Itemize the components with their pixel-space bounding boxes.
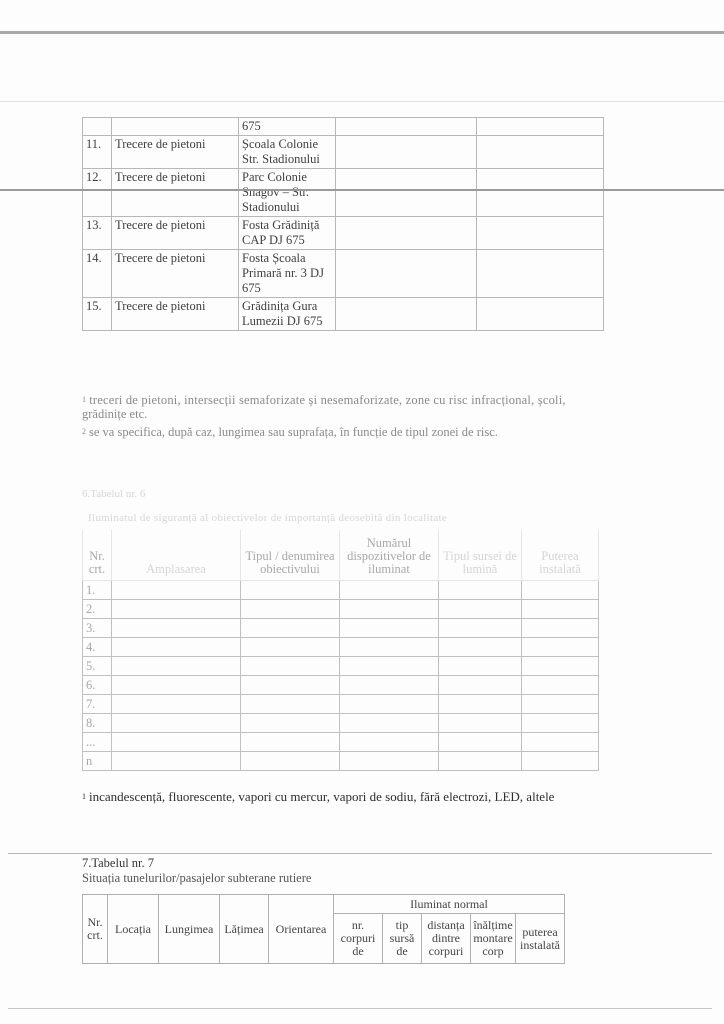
col-orientarea: Orientarea <box>269 895 334 964</box>
zone-type: Trecere de pietoni <box>112 217 239 250</box>
col-inaltime: înălțime montare corp <box>471 914 516 964</box>
table-7-subtitle: Situația tunelurilor/pasajelor subterane… <box>82 871 311 886</box>
footnote-2: 2se va specifica, după caz, lungimea sau… <box>82 425 498 439</box>
zone-location: Grădinița Gura Lumezii DJ 675 <box>239 298 336 331</box>
table-row: 12.Trecere de pietoniParc Colonie Snagov… <box>83 169 604 217</box>
table-row: 2. <box>83 600 599 619</box>
zone-type: Trecere de pietoni <box>112 298 239 331</box>
empty-cell <box>340 638 439 657</box>
scan-edge-line <box>0 31 724 34</box>
row-number <box>83 118 112 136</box>
empty-cell <box>112 638 241 657</box>
empty-cell <box>241 714 340 733</box>
empty-cell <box>522 676 599 695</box>
table-6-footnote: 1incandescență, fluorescente, vapori cu … <box>82 790 554 804</box>
row-number: 5. <box>83 657 112 676</box>
row-number: 11. <box>83 136 112 169</box>
table-row: 1. <box>83 581 599 600</box>
empty-cell <box>112 733 241 752</box>
empty-cell <box>522 581 599 600</box>
empty-cell <box>112 581 241 600</box>
col-sursa: Tipul sursei de lumină <box>439 530 522 581</box>
empty-cell <box>522 733 599 752</box>
table-row: 11.Trecere de pietoniȘcoala Colonie Str.… <box>83 136 604 169</box>
empty-cell <box>336 217 477 250</box>
row-number: 1. <box>83 581 112 600</box>
table-6-title: 6.Tabelul nr. 6 <box>82 488 145 500</box>
row-number: 13. <box>83 217 112 250</box>
empty-cell <box>241 676 340 695</box>
empty-cell <box>340 714 439 733</box>
table-row: 7. <box>83 695 599 714</box>
empty-cell <box>112 714 241 733</box>
empty-cell <box>439 714 522 733</box>
zone-location: Școala Colonie Str. Stadionului <box>239 136 336 169</box>
col-dispozitive: Numărul dispozitivelor de iluminat <box>340 530 439 581</box>
scan-artifact-line <box>0 189 724 191</box>
row-number: 7. <box>83 695 112 714</box>
empty-cell <box>340 619 439 638</box>
table-row: 14.Trecere de pietoniFosta Școala Primar… <box>83 250 604 298</box>
safety-lighting-table: Nr. crt. Amplasarea Tipul / denumirea ob… <box>82 530 599 771</box>
empty-cell <box>439 600 522 619</box>
empty-cell <box>522 600 599 619</box>
empty-cell <box>522 695 599 714</box>
empty-cell <box>439 752 522 771</box>
col-nr: Nr. crt. <box>83 895 108 964</box>
table-row: n <box>83 752 599 771</box>
empty-cell <box>340 695 439 714</box>
table-row: ... <box>83 733 599 752</box>
empty-cell <box>439 657 522 676</box>
col-puterea: puterea instalată <box>516 914 565 964</box>
col-nr: Nr. crt. <box>83 530 112 581</box>
empty-cell <box>477 298 604 331</box>
row-number: 2. <box>83 600 112 619</box>
col-locatia: Locația <box>108 895 159 964</box>
empty-cell <box>112 676 241 695</box>
empty-cell <box>477 250 604 298</box>
zone-type: Trecere de pietoni <box>112 136 239 169</box>
scan-edge-line <box>0 101 724 102</box>
row-number: ... <box>83 733 112 752</box>
empty-cell <box>241 733 340 752</box>
empty-cell <box>439 619 522 638</box>
footnote-1: 1treceri de pietoni, intersecții semafor… <box>82 393 682 407</box>
zone-type: Trecere de pietoni <box>112 169 239 217</box>
col-lungimea: Lungimea <box>159 895 220 964</box>
zone-type <box>112 118 239 136</box>
table-row: 5. <box>83 657 599 676</box>
col-obiectiv: Tipul / denumirea obiectivului <box>241 530 340 581</box>
scan-edge-line <box>8 1008 712 1009</box>
scan-edge-line <box>8 853 712 854</box>
empty-cell <box>336 136 477 169</box>
empty-cell <box>477 118 604 136</box>
empty-cell <box>522 714 599 733</box>
empty-cell <box>112 752 241 771</box>
empty-cell <box>336 118 477 136</box>
row-number: 15. <box>83 298 112 331</box>
empty-cell <box>522 752 599 771</box>
footnote-1-continued: grădinițe etc. <box>82 407 147 421</box>
empty-cell <box>241 619 340 638</box>
empty-cell <box>522 657 599 676</box>
table-row: 6. <box>83 676 599 695</box>
table-row: 8. <box>83 714 599 733</box>
table-row: 675 <box>83 118 604 136</box>
col-group-iluminat-normal: Iluminat normal <box>334 895 565 914</box>
row-number: 4. <box>83 638 112 657</box>
empty-cell <box>477 136 604 169</box>
table-row: 3. <box>83 619 599 638</box>
empty-cell <box>241 638 340 657</box>
empty-cell <box>477 217 604 250</box>
zone-location: Parc Colonie Snagov – Str. Stadionului <box>239 169 336 217</box>
row-number: 3. <box>83 619 112 638</box>
risk-zones-table: 67511.Trecere de pietoniȘcoala Colonie S… <box>82 117 604 331</box>
zone-location: Fosta Școala Primară nr. 3 DJ 675 <box>239 250 336 298</box>
empty-cell <box>340 600 439 619</box>
empty-cell <box>439 676 522 695</box>
table-row: 4. <box>83 638 599 657</box>
empty-cell <box>522 638 599 657</box>
zone-type: Trecere de pietoni <box>112 250 239 298</box>
empty-cell <box>336 298 477 331</box>
empty-cell <box>336 169 477 217</box>
empty-cell <box>340 733 439 752</box>
empty-cell <box>112 657 241 676</box>
empty-cell <box>336 250 477 298</box>
empty-cell <box>112 619 241 638</box>
col-latimea: Lățimea <box>220 895 269 964</box>
empty-cell <box>340 752 439 771</box>
col-putere: Puterea instalată <box>522 530 599 581</box>
empty-cell <box>477 169 604 217</box>
empty-cell <box>241 695 340 714</box>
col-tip-sursa: tip sursă de <box>383 914 422 964</box>
empty-cell <box>439 581 522 600</box>
tunnels-table: Nr. crt. Locația Lungimea Lățimea Orient… <box>82 894 565 964</box>
empty-cell <box>241 581 340 600</box>
empty-cell <box>340 657 439 676</box>
empty-cell <box>241 600 340 619</box>
empty-cell <box>241 752 340 771</box>
row-number: 12. <box>83 169 112 217</box>
table-row: 13.Trecere de pietoniFosta Grădiniță CAP… <box>83 217 604 250</box>
empty-cell <box>439 695 522 714</box>
col-amplasarea: Amplasarea <box>112 530 241 581</box>
col-distanta: distanța dintre corpuri <box>422 914 471 964</box>
row-number: n <box>83 752 112 771</box>
empty-cell <box>112 695 241 714</box>
row-number: 14. <box>83 250 112 298</box>
empty-cell <box>241 657 340 676</box>
empty-cell <box>340 581 439 600</box>
empty-cell <box>522 619 599 638</box>
empty-cell <box>439 733 522 752</box>
table-6-subtitle: Iluminatul de siguranță al obiectivelor … <box>88 512 447 524</box>
row-number: 6. <box>83 676 112 695</box>
empty-cell <box>340 676 439 695</box>
table-row: 15.Trecere de pietoniGrădinița Gura Lume… <box>83 298 604 331</box>
empty-cell <box>439 638 522 657</box>
row-number: 8. <box>83 714 112 733</box>
zone-location: 675 <box>239 118 336 136</box>
table-7-title: 7.Tabelul nr. 7 <box>82 856 154 871</box>
col-nr-corpuri: nr. corpuri de <box>334 914 383 964</box>
empty-cell <box>112 600 241 619</box>
zone-location: Fosta Grădiniță CAP DJ 675 <box>239 217 336 250</box>
